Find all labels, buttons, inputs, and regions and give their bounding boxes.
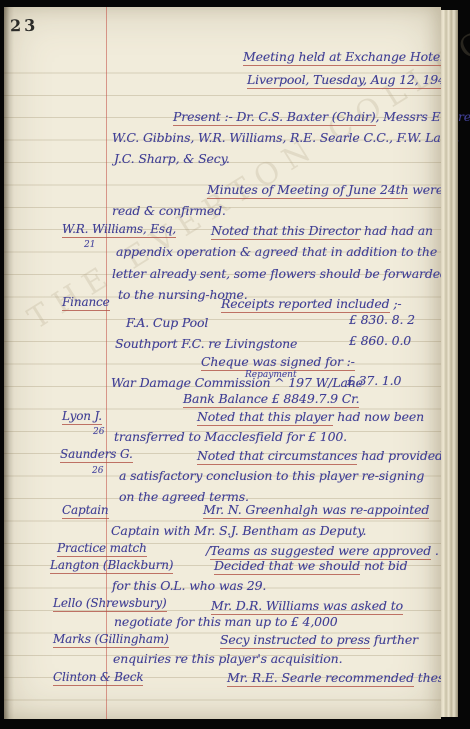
- text-segment: enquiries re this player's acquisition.: [113, 651, 342, 666]
- margin-note: Practice match: [57, 541, 147, 555]
- text-segment: Minutes of Meeting of June 24th: [207, 182, 408, 199]
- manuscript-line: F.A. Cup Pool: [126, 316, 208, 330]
- text-segment: £ 860. 0.0: [349, 333, 411, 348]
- text-segment: Mr. R.E. Searle recommended: [227, 670, 414, 687]
- manuscript-line: Receipts reported included ;-: [221, 297, 401, 311]
- margin-note: Marks (Gillingham): [53, 632, 169, 646]
- text-segment: Saunders G.: [60, 447, 133, 463]
- manuscript-line: £ 830. 8. 2: [349, 313, 415, 327]
- text-segment: 26: [93, 427, 104, 437]
- manuscript-line: a satisfactory conclusion to this player…: [119, 469, 424, 483]
- margin-note: Lyon J.: [62, 409, 102, 423]
- text-segment: had now been: [333, 409, 424, 424]
- manuscript-line: Bank Balance £ 8849.7.9 Cr.: [183, 392, 359, 406]
- margin-note: Captain: [62, 503, 109, 517]
- text-segment: Lello (Shrewsbury): [53, 596, 167, 612]
- manuscript-line: Present :- Dr. C.S. Baxter (Chair), Mess…: [173, 110, 470, 124]
- margin-note: W.R. Williams, Esq,: [62, 222, 176, 236]
- manuscript-line: /Teams as suggested were approved .: [206, 544, 439, 558]
- text-segment: were: [408, 182, 443, 197]
- text-segment: Captain with Mr. S.J. Bentham as Deputy.: [111, 523, 366, 538]
- text-segment: Langton (Blackburn): [50, 558, 173, 574]
- text-segment: Noted that this player: [197, 409, 333, 426]
- text-segment: had had an: [360, 223, 433, 238]
- page-number-stamp: 23: [10, 16, 39, 35]
- text-segment: £ 830. 8. 2: [349, 312, 415, 327]
- manuscript-line: for this O.L. who was 29.: [112, 579, 266, 593]
- margin-note: Langton (Blackburn): [50, 558, 173, 572]
- text-segment: a satisfactory conclusion to this player…: [119, 468, 424, 483]
- manuscript-line: Noted that circumstances had provided: [197, 449, 443, 463]
- text-segment: further: [370, 632, 418, 647]
- binding-edge: [4, 7, 14, 719]
- manuscript-line: £ 860. 0.0: [349, 334, 411, 348]
- manuscript-line: enquiries re this player's acquisition.: [113, 652, 342, 666]
- text-segment: not bid: [360, 558, 407, 573]
- text-segment: Lyon J.: [62, 409, 102, 425]
- text-segment: transferred to Macclesfield for £ 100.: [114, 429, 347, 444]
- text-segment: Practice match: [57, 541, 147, 557]
- manuscript-line: appendix operation & agreed that in addi…: [116, 245, 437, 259]
- manuscript-line: Cheque was signed for :-: [201, 355, 355, 369]
- text-segment: W.R. Williams, Esq,: [62, 222, 176, 238]
- text-segment: Mr. D.R. Williams was asked to: [211, 598, 403, 615]
- manuscript-line: Mr. R.E. Searle recommended these: [227, 671, 451, 685]
- margin-note: Clinton & Beck: [53, 670, 143, 684]
- manuscript-line: Noted that this player had now been: [197, 410, 424, 424]
- text-segment: 26: [92, 466, 103, 476]
- margin-note: Lello (Shrewsbury): [53, 596, 167, 610]
- manuscript-line: J.C. Sharp, & Secy.: [114, 152, 230, 166]
- manuscript-line: Mr. D.R. Williams was asked to: [211, 599, 403, 613]
- text-segment: .: [431, 543, 439, 558]
- text-segment: £ 37. 1.0: [347, 373, 401, 388]
- text-segment: Decided that we should: [214, 558, 360, 575]
- text-segment: Southport F.C. re Livingstone: [115, 336, 297, 351]
- text-segment: War Damage Commission ^ 197 W/Lane: [111, 375, 363, 390]
- text-segment: Bank Balance £ 8849.7.9 Cr.: [183, 391, 359, 408]
- text-segment: Marks (Gillingham): [53, 632, 169, 648]
- manuscript-line: Decided that we should not bid: [214, 559, 408, 573]
- text-segment: ;-: [390, 296, 402, 311]
- manuscript-line: War Damage Commission ^ 197 W/Lane: [111, 376, 363, 390]
- text-segment: negotiate for this man up to £ 4,000: [114, 614, 338, 629]
- text-segment: Captain: [62, 503, 109, 519]
- text-segment: had provided: [357, 448, 442, 463]
- manuscript-line: negotiate for this man up to £ 4,000: [114, 615, 338, 629]
- margin-note: Finance: [62, 295, 110, 309]
- text-segment: Receipts reported included: [221, 296, 390, 313]
- text-segment: Noted that this Director: [211, 223, 360, 240]
- text-segment: Secy instructed to press: [220, 632, 370, 649]
- text-segment: read & confirmed.: [112, 203, 226, 218]
- red-margin-rule: [106, 7, 107, 719]
- manuscript-line: transferred to Macclesfield for £ 100.: [114, 430, 347, 444]
- margin-note: 21: [84, 238, 95, 252]
- text-segment: 21: [84, 240, 95, 250]
- manuscript-line: letter already sent, some flowers should…: [112, 267, 448, 281]
- text-segment: Present :- Dr. C.S. Baxter (Chair): [173, 109, 376, 126]
- manuscript-line: Secy instructed to press further: [220, 633, 418, 647]
- manuscript-line: Noted that this Director had had an: [211, 224, 433, 238]
- margin-note: Saunders G.: [60, 447, 133, 461]
- text-segment: Mr. N. Greenhalgh was re-appointed: [203, 502, 429, 519]
- text-segment: Finance: [62, 295, 110, 311]
- text-segment: W.C. Gibbins, W.R. Williams, R.E. Searle…: [112, 130, 459, 145]
- manuscript-line: Mr. N. Greenhalgh was re-appointed: [203, 503, 429, 517]
- manuscript-line: Minutes of Meeting of June 24th were: [207, 183, 443, 197]
- text-segment: Noted that circumstances: [197, 448, 357, 465]
- margin-note: 26: [92, 464, 103, 478]
- text-segment: Liverpool, Tuesday, Aug 12, 1947.: [247, 72, 457, 89]
- text-segment: Meeting held at Exchange Hotel,: [243, 49, 448, 66]
- text-segment: letter already sent, some flowers should…: [112, 266, 448, 281]
- text-segment: for this O.L. who was 29.: [112, 578, 266, 593]
- manuscript-line: Liverpool, Tuesday, Aug 12, 1947.: [247, 73, 457, 87]
- manuscript-line: Meeting held at Exchange Hotel,: [243, 50, 448, 64]
- manuscript-line: £ 37. 1.0: [347, 374, 401, 388]
- manuscript-line: read & confirmed.: [112, 204, 226, 218]
- manuscript-line: Captain with Mr. S.J. Bentham as Deputy.: [111, 524, 366, 538]
- text-segment: F.A. Cup Pool: [126, 315, 208, 330]
- ledger-page: THE EVERTON COLLECTION Meeting held at E…: [4, 7, 441, 719]
- manuscript-line: Southport F.C. re Livingstone: [115, 337, 297, 351]
- manuscript-line: W.C. Gibbins, W.R. Williams, R.E. Searle…: [112, 131, 459, 145]
- book-page-edges: [441, 10, 458, 717]
- text-segment: J.C. Sharp, & Secy.: [114, 151, 230, 166]
- text-segment: appendix operation & agreed that in addi…: [116, 244, 437, 259]
- margin-note: 26: [93, 425, 104, 439]
- text-segment: Clinton & Beck: [53, 670, 143, 686]
